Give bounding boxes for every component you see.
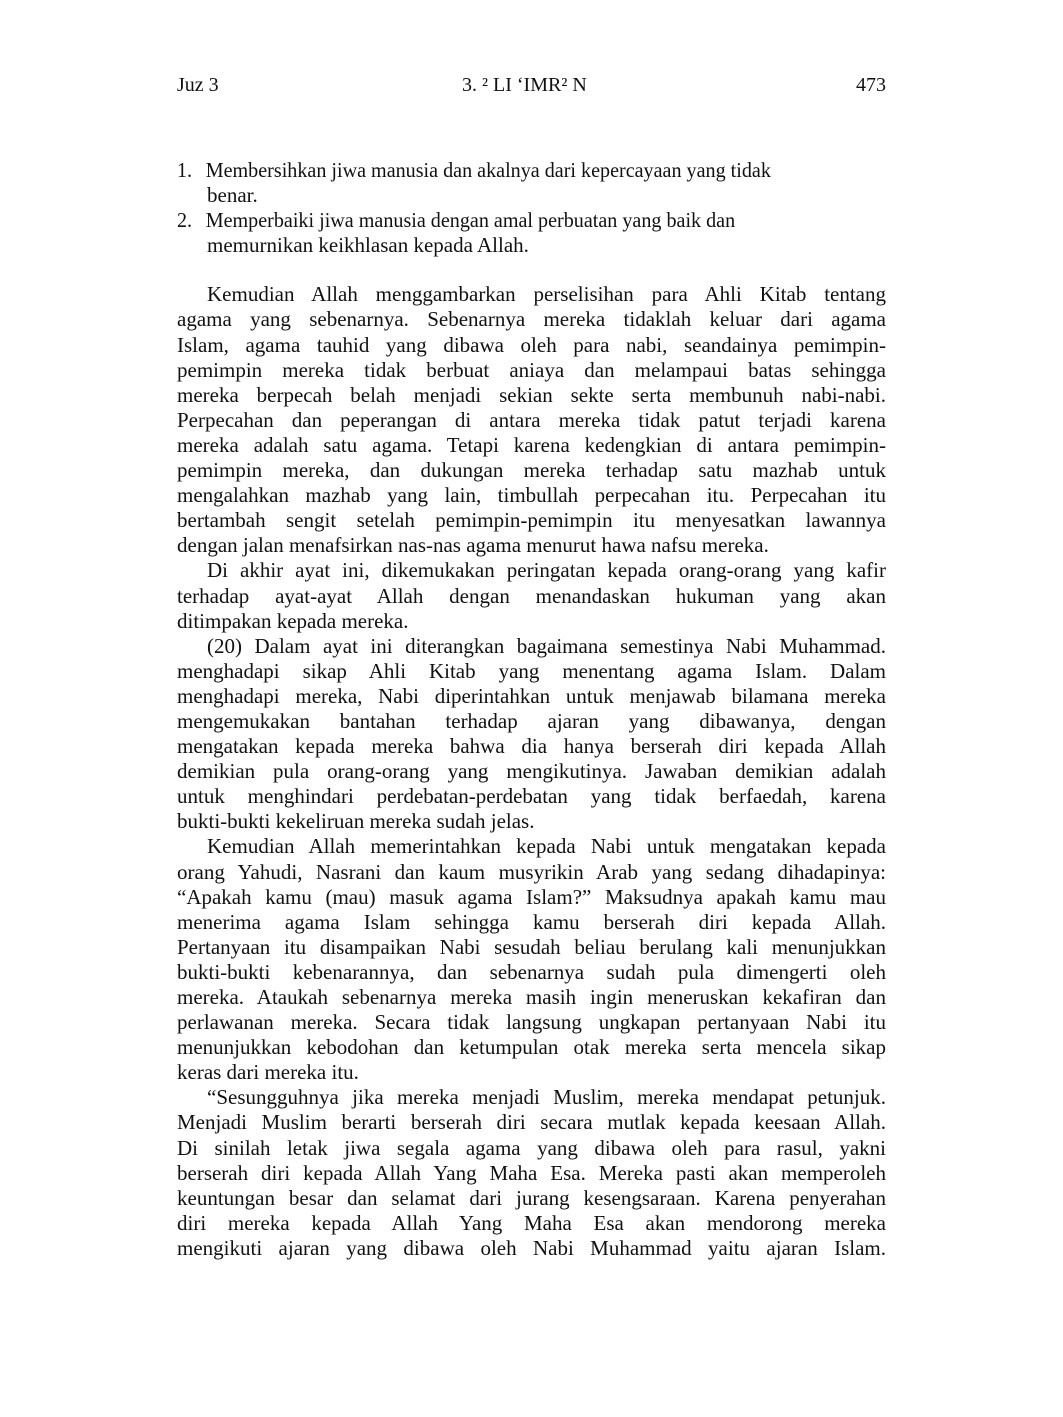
paragraph: “Sesungguhnya jika mereka menjadi Muslim… bbox=[177, 1085, 886, 1261]
paragraph-line: “Sesungguhnya jika mereka menjadi Muslim… bbox=[177, 1085, 886, 1110]
paragraph-line: keuntungan besar dan selamat dari jurang… bbox=[177, 1186, 886, 1211]
list-line: 2.Memperbaiki jiwa manusia dengan amal p… bbox=[177, 208, 915, 233]
paragraph: Kemudian Allah menggambarkan perselisiha… bbox=[177, 282, 886, 558]
paragraph-line: perlawanan mereka. Secara tidak langsung… bbox=[177, 1010, 886, 1035]
page-number: 473 bbox=[856, 72, 886, 98]
paragraph-line: pemimpin mereka tidak berbuat aniaya dan… bbox=[177, 358, 886, 383]
list-item: 1.Membersihkan jiwa manusia dan akalnya … bbox=[177, 158, 886, 208]
paragraph-line: Islam, agama tauhid yang dibawa oleh par… bbox=[177, 333, 886, 358]
spacer bbox=[177, 258, 886, 282]
list-number: 2. bbox=[177, 208, 192, 233]
paragraph-line: pemimpin mereka, dan dukungan mereka ter… bbox=[177, 458, 886, 483]
paragraph: Kemudian Allah memerintahkan kepada Nabi… bbox=[177, 834, 886, 1085]
list-item: 2.Memperbaiki jiwa manusia dengan amal p… bbox=[177, 208, 886, 258]
paragraph-line: orang Yahudi, Nasrani dan kaum musyrikin… bbox=[177, 860, 886, 885]
paragraph-line: Kemudian Allah memerintahkan kepada Nabi… bbox=[177, 834, 886, 859]
paragraph-line: mereka. Ataukah sebenarnya mereka masih … bbox=[177, 985, 886, 1010]
paragraph-line: diri mereka kepada Allah Yang Maha Esa a… bbox=[177, 1211, 886, 1236]
paragraph-line: Perpecahan dan peperangan di antara mere… bbox=[177, 408, 886, 433]
paragraph-line: Menjadi Muslim berarti berserah diri sec… bbox=[177, 1110, 886, 1135]
list-line: 1.Membersihkan jiwa manusia dan akalnya … bbox=[177, 158, 915, 183]
juz-label: Juz 3 bbox=[177, 72, 219, 98]
paragraph-line: berserah diri kepada Allah Yang Maha Esa… bbox=[177, 1161, 886, 1186]
paragraph-line: dengan jalan menafsirkan nas-nas agama m… bbox=[177, 533, 886, 558]
paragraph-line: ditimpakan kepada mereka. bbox=[177, 609, 886, 634]
body-text: 1.Membersihkan jiwa manusia dan akalnya … bbox=[177, 158, 886, 1261]
paragraph-line: menghadapi sikap Ahli Kitab yang menenta… bbox=[177, 659, 886, 684]
paragraph-line: menghadapi mereka, Nabi diperintahkan un… bbox=[177, 684, 886, 709]
paragraph-line: (20) Dalam ayat ini diterangkan bagaiman… bbox=[177, 634, 886, 659]
paragraph-line: demikian pula orang-orang yang mengikuti… bbox=[177, 759, 886, 784]
paragraph-line: Di sinilah letak jiwa segala agama yang … bbox=[177, 1136, 886, 1161]
paragraph-line: agama yang sebenarnya. Sebenarnya mereka… bbox=[177, 307, 886, 332]
paragraph: (20) Dalam ayat ini diterangkan bagaiman… bbox=[177, 634, 886, 835]
paragraph-line: mengatakan kepada mereka bahwa dia hanya… bbox=[177, 734, 886, 759]
paragraph-line: menerima agama Islam sehingga kamu berse… bbox=[177, 910, 886, 935]
list-line: memurnikan keikhlasan kepada Allah. bbox=[177, 233, 886, 258]
paragraph-line: “Apakah kamu (mau) masuk agama Islam?” M… bbox=[177, 885, 886, 910]
paragraph-line: mengalahkan mazhab yang lain, timbullah … bbox=[177, 483, 886, 508]
list-number: 1. bbox=[177, 158, 192, 183]
paragraph-line: mengemukakan bantahan terhadap ajaran ya… bbox=[177, 709, 886, 734]
paragraph-line: Kemudian Allah menggambarkan perselisiha… bbox=[177, 282, 886, 307]
paragraph: Di akhir ayat ini, dikemukakan peringata… bbox=[177, 558, 886, 633]
paragraph-line: bukti-bukti kebenarannya, dan sebenarnya… bbox=[177, 960, 886, 985]
paragraph-line: mengikuti ajaran yang dibawa oleh Nabi M… bbox=[177, 1236, 886, 1261]
paragraph-line: keras dari mereka itu. bbox=[177, 1060, 886, 1085]
running-header: Juz 3 3. ² LI ‘IMR² N 473 bbox=[177, 72, 886, 98]
paragraph-line: bukti-bukti kekeliruan mereka sudah jela… bbox=[177, 809, 886, 834]
surah-title: 3. ² LI ‘IMR² N bbox=[462, 72, 587, 98]
list-line: benar. bbox=[177, 183, 886, 208]
paragraph-line: menunjukkan kebodohan dan ketumpulan ota… bbox=[177, 1035, 886, 1060]
book-page: Juz 3 3. ² LI ‘IMR² N 473 1.Membersihkan… bbox=[0, 0, 1063, 1417]
paragraph-line: mereka adalah satu agama. Tetapi karena … bbox=[177, 433, 886, 458]
paragraph-line: mereka berpecah belah menjadi sekian sek… bbox=[177, 383, 886, 408]
paragraph-line: Pertanyaan itu disampaikan Nabi sesudah … bbox=[177, 935, 886, 960]
paragraph-line: untuk menghindari perdebatan-perdebatan … bbox=[177, 784, 886, 809]
numbered-list: 1.Membersihkan jiwa manusia dan akalnya … bbox=[177, 158, 886, 258]
paragraph-line: bertambah sengit setelah pemimpin-pemimp… bbox=[177, 508, 886, 533]
paragraph-line: terhadap ayat-ayat Allah dengan menandas… bbox=[177, 584, 886, 609]
paragraph-line: Di akhir ayat ini, dikemukakan peringata… bbox=[177, 558, 886, 583]
